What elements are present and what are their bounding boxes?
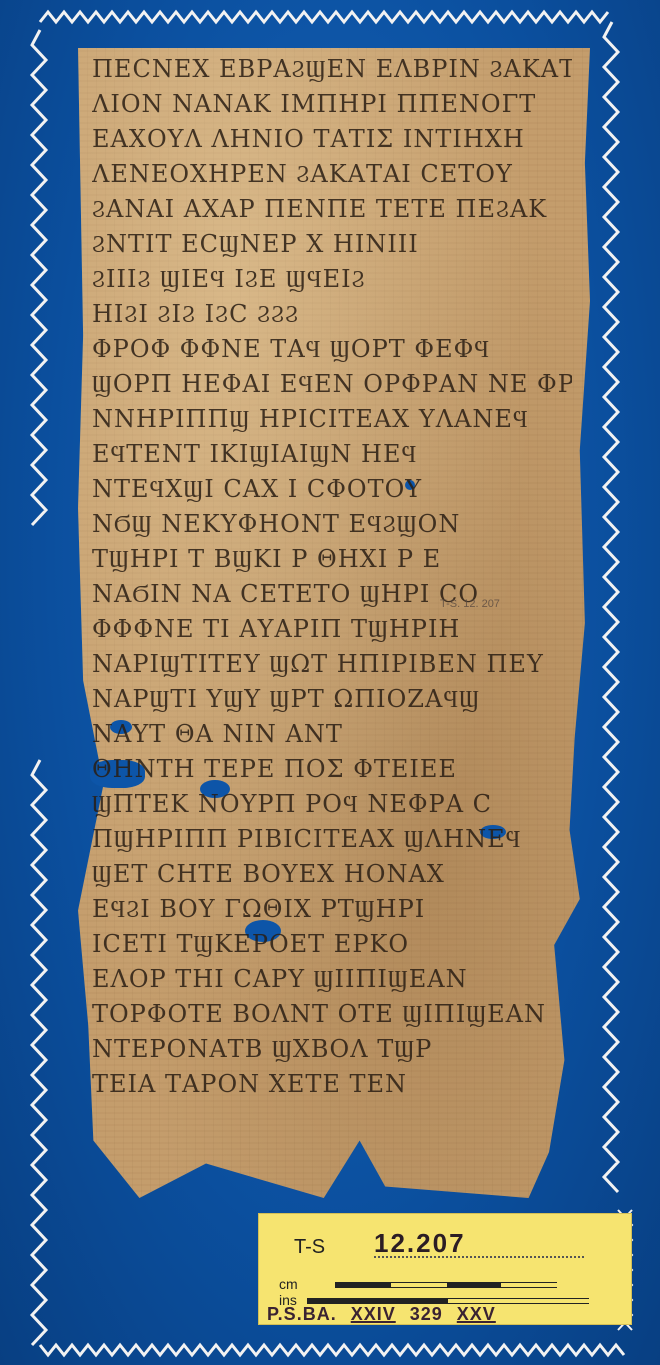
manuscript-line: ΝΑϬΙΝ ΝΑ ϹΕΤΕΤΟ ϢΗΡΙ ϹΟ (92, 580, 572, 607)
manuscript-line: ΦΦΦΝΕ ΤΙ ΑΥΑΡΙΠ ΤϢΗΡΙΗ (92, 615, 572, 642)
manuscript-line: ϢΠΤΕΚ ΝΟΥΡΠ ΡΟϤ ΝΕΦΡΑ Ϲ (92, 790, 572, 817)
manuscript-line: ϨΝΤΙΤ ΕϹϢΝΕΡ Χ ΗΙΝΙΙΙ (92, 230, 572, 257)
pencil-annotation: T-S. 12. 207 (440, 598, 500, 610)
manuscript-line: ΝΝΗΡΙΠΠϢ ΗΡΙϹΙΤΕΑΧ ΥΛΑΝΕϤ (92, 405, 572, 432)
manuscript-line: ΝΑΡϢΤΙ ΥϢΥ ϢΡΤ ΩΠΙΟΖΑϤϢ (92, 685, 572, 712)
plate: XXV (457, 1304, 496, 1324)
manuscript-line: ϨΙΙΙϨ ϢΙΕϤ ΙϨΕ ϢϤΕΙϨ (92, 265, 572, 292)
catalogue-label: T-S 12.207 cm ins P.S.BA.XXIV329XXV (258, 1213, 632, 1325)
manuscript-line: ΕϤΤΕΝΤ ΙΚΙϢΙΑΙϢΝ ΗΕϤ (92, 440, 572, 467)
manuscript-line: ΝΑΡΙϢΤΙΤΕΥ ϢΩΤ ΗΠΙΡΙΒΕΝ ΠΕΥ (92, 650, 572, 677)
manuscript-line: ΝΤΕϤΧϢΙ ϹΑΧ Ι ϹΦΟΤΟΥ (92, 475, 572, 502)
manuscript-line: ΦΡΟΦ ΦΦΝΕ ΤΑϤ ϢΟΡΤ ΦΕΦϤ (92, 335, 572, 362)
manuscript-line: ΤΕΙΑ ΤΑΡΟΝ ΧΕΤΕ ΤΕΝ (92, 1070, 572, 1097)
manuscript-line: ϢΟΡΠ ΗΕΦΑΙ ΕϤΕΝ ΟΡΦΡΑΝ ΝΕ ΦΡ (92, 370, 572, 397)
manuscript-line: ΤΟΡΦΟΤΕ ΒΟΛΝΤ ΟΤΕ ϢΙΠΙϢΕΑΝ (92, 1000, 572, 1027)
manuscript-line: ΤϢΗΡΙ Τ ΒϢΚΙ Ρ ΘΗΧΙ Ρ Ε (92, 545, 572, 572)
manuscript-line: ϨΑΝΑΙ ΑΧΑΡ ΠΕΝΠΕ ΤΕΤΕ ΠΕϨΑΚ (92, 195, 572, 222)
collection-code: T-S (294, 1236, 325, 1259)
scale-bar-cm (335, 1282, 557, 1288)
manuscript-line: ΕϤϨΙ ΒΟΥ ΓΩΘΙΧ ΡΤϢΗΡΙ (92, 895, 572, 922)
shelfmark: 12.207 (374, 1228, 466, 1259)
manuscript-line: ΘΗΝΤΗ ΤΕΡΕ ΠΟΣ ΦΤΕΙΕΕ (92, 755, 572, 782)
manuscript-line: ΙϹΕΤΙ ΤϢΚΕΡΟΕΤ ΕΡΚΟ (92, 930, 572, 957)
journal-abbrev: P.S.BA. (267, 1304, 337, 1324)
manuscript-line: ΝΑΥΤ ΘΑ ΝΙΝ ΑΝΤ (92, 720, 572, 747)
manuscript-line: ΠϢΗΡΙΠΠ ΡΙΒΙϹΙΤΕΑΧ ϢΛΗΝΕϤ (92, 825, 572, 852)
scale-label-cm: cm (279, 1276, 298, 1292)
manuscript-line: ΗΙϨΙ ϨΙϨ ΙϨϹ ϨϨϨ (92, 300, 572, 327)
manuscript-line: ΝΤΕΡΟΝΑΤΒ ϢΧΒΟΛ ΤϢΡ (92, 1035, 572, 1062)
manuscript-text: ΠΕϹΝΕΧ ΕΒΡΑϨϢΕΝ ΕΛΒΡΙΝ ϨΑΚΑΤ ΛΙΟΝ ΝΑΝΑΚ … (92, 55, 572, 1105)
shelfmark-dotted-line (374, 1256, 584, 1258)
volume: XXIV (351, 1304, 396, 1324)
manuscript-line: ΕΛΟΡ ΤΗΙ ϹΑΡΥ ϢΙΙΠΙϢΕΑΝ (92, 965, 572, 992)
manuscript-line: ΛΙΟΝ ΝΑΝΑΚ ΙΜΠΗΡΙ ΠΠΕΝΟΓΤ (92, 90, 572, 117)
publication-reference: P.S.BA.XXIV329XXV (267, 1304, 510, 1325)
manuscript-line: ΠΕϹΝΕΧ ΕΒΡΑϨϢΕΝ ΕΛΒΡΙΝ ϨΑΚΑΤ (92, 55, 572, 82)
page: 329 (410, 1304, 443, 1324)
manuscript-line: ϢΕΤ ϹΗΤΕ ΒΟΥΕΧ ΗΟΝΑΧ (92, 860, 572, 887)
manuscript-line: ΕΑΧΟΥΛ ΛΗΝΙΟ ΤΑΤΙΣ ΙΝΤΙΗΧΗ (92, 125, 572, 152)
manuscript-line: ΛΕΝΕΟΧΗΡΕΝ ϨΑΚΑΤΑΙ ϹΕΤΟΥ (92, 160, 572, 187)
manuscript-line: ΝϬϢ ΝΕΚΥΦΗΟΝΤ ΕϤϨϢΟΝ (92, 510, 572, 537)
